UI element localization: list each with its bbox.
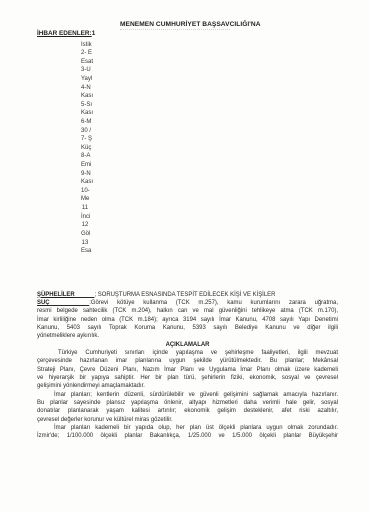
list-item: Göl xyxy=(81,230,95,239)
suc-line: yönetmeliklere aykırılık. xyxy=(37,332,338,340)
list-item: İnci xyxy=(81,213,95,222)
suc-row: SUÇ____________:Görevi kötüye kullanma (… xyxy=(37,299,338,307)
list-item: 8-A xyxy=(81,152,95,161)
list-item: 12 xyxy=(81,221,89,230)
supheliler-label: ŞÜPHELİLER xyxy=(37,292,75,298)
ihbar-edenler-label: İHBAR EDENLER:1 xyxy=(37,30,95,37)
suc-line: resmi belgede sahtecilik (TCK m.204), ha… xyxy=(37,307,338,315)
paragraph-line: donatılar planlanarak yaşam kalitesi art… xyxy=(37,407,338,415)
list-item: Kası xyxy=(81,178,95,187)
list-item: 4-N xyxy=(81,84,95,93)
list-item: 11 xyxy=(81,204,89,213)
list-item: Kası xyxy=(81,109,95,118)
list-item: 13 xyxy=(81,239,89,248)
list-item: 3-U xyxy=(81,66,95,75)
list-item: 2- E xyxy=(81,49,95,58)
list-item: Esa xyxy=(81,247,95,256)
paragraph-line: İzmir'de; 1/100.000 ölçekli planlar Baka… xyxy=(37,432,338,440)
list-item: 30 / xyxy=(81,127,95,136)
ihbar-edenler-list: İstik 2- E Esat 3-U Yayl 4-N Kası 5-Sı K… xyxy=(81,41,95,256)
list-item: 6-M xyxy=(81,118,95,127)
list-item: Küç xyxy=(81,144,95,153)
suc-line: Kanunu, 5403 sayılı Toprak Koruma Kanunu… xyxy=(37,324,338,332)
paragraph-line: İmar planları; kentlerin düzenli, sürdür… xyxy=(37,391,338,399)
title-underline-dots xyxy=(120,29,230,32)
document-page: MENEMEN CUMHURİYET BAŞSAVCILIĞI'NA İHBAR… xyxy=(0,0,369,512)
suc-blank: ____________ xyxy=(50,300,90,306)
paragraph-line: Türkiye Cumhuriyeti sınırları içinde yap… xyxy=(37,349,338,357)
list-item: 7- Ş xyxy=(81,135,95,144)
list-item: Me xyxy=(81,195,95,204)
paragraph-line: Strateji Planı, Çevre Düzeni Planı, Nazı… xyxy=(37,366,338,374)
supheliler-suc-section: ŞÜPHELİLER______; SORUŞTURMA ESNASINDA T… xyxy=(37,291,338,341)
suc-label: SUÇ xyxy=(37,300,50,306)
aciklamalar-heading: AÇIKLAMALAR xyxy=(37,341,338,349)
suc-line: :Görevi kötüye kullanma (TCK m.257), kam… xyxy=(89,300,338,306)
paragraph-line: gelişimini yönlendirmeyi amaçlamaktadır. xyxy=(37,382,338,390)
supheliler-row: ŞÜPHELİLER______; SORUŞTURMA ESNASINDA T… xyxy=(37,291,338,299)
list-item: Esat xyxy=(81,58,95,67)
supheliler-blank: ______ xyxy=(75,292,95,298)
paragraph-line: çevresel değerler korunur ve kültürel mi… xyxy=(37,416,338,424)
list-item: 5-Sı xyxy=(81,101,95,110)
paragraph-line: çerçevesinde hazırlanan imar planlarına … xyxy=(37,357,338,365)
paragraph-line: ve hiyerarşik bir yapıya sahiptir. Her b… xyxy=(37,374,338,382)
ihbar-edenler-heading: İHBAR EDENLER: xyxy=(37,30,92,37)
list-item: Yayl xyxy=(81,75,95,84)
list-item: 10- xyxy=(81,187,95,196)
paragraph-line: İmar planları kademeli bir yapıda olup, … xyxy=(37,424,338,432)
list-item: Kası xyxy=(81,92,95,101)
supheliler-text: ; SORUŞTURMA ESNASINDA TESPİT EDİLECEK K… xyxy=(94,292,275,298)
list-item: 9-N xyxy=(81,170,95,179)
paragraph-line: Bu planlar sayesinde plansız yapılaşma ö… xyxy=(37,399,338,407)
ihbar-edenler-number: 1 xyxy=(92,30,96,37)
aciklamalar-section: AÇIKLAMALAR Türkiye Cumhuriyeti sınırlar… xyxy=(37,341,338,441)
list-item: Emi xyxy=(81,161,95,170)
suc-line: İmar kirliliğine neden olma (TCK m.184);… xyxy=(37,316,338,324)
document-title: MENEMEN CUMHURİYET BAŞSAVCILIĞI'NA xyxy=(120,21,261,28)
list-item: İstik xyxy=(81,41,95,50)
